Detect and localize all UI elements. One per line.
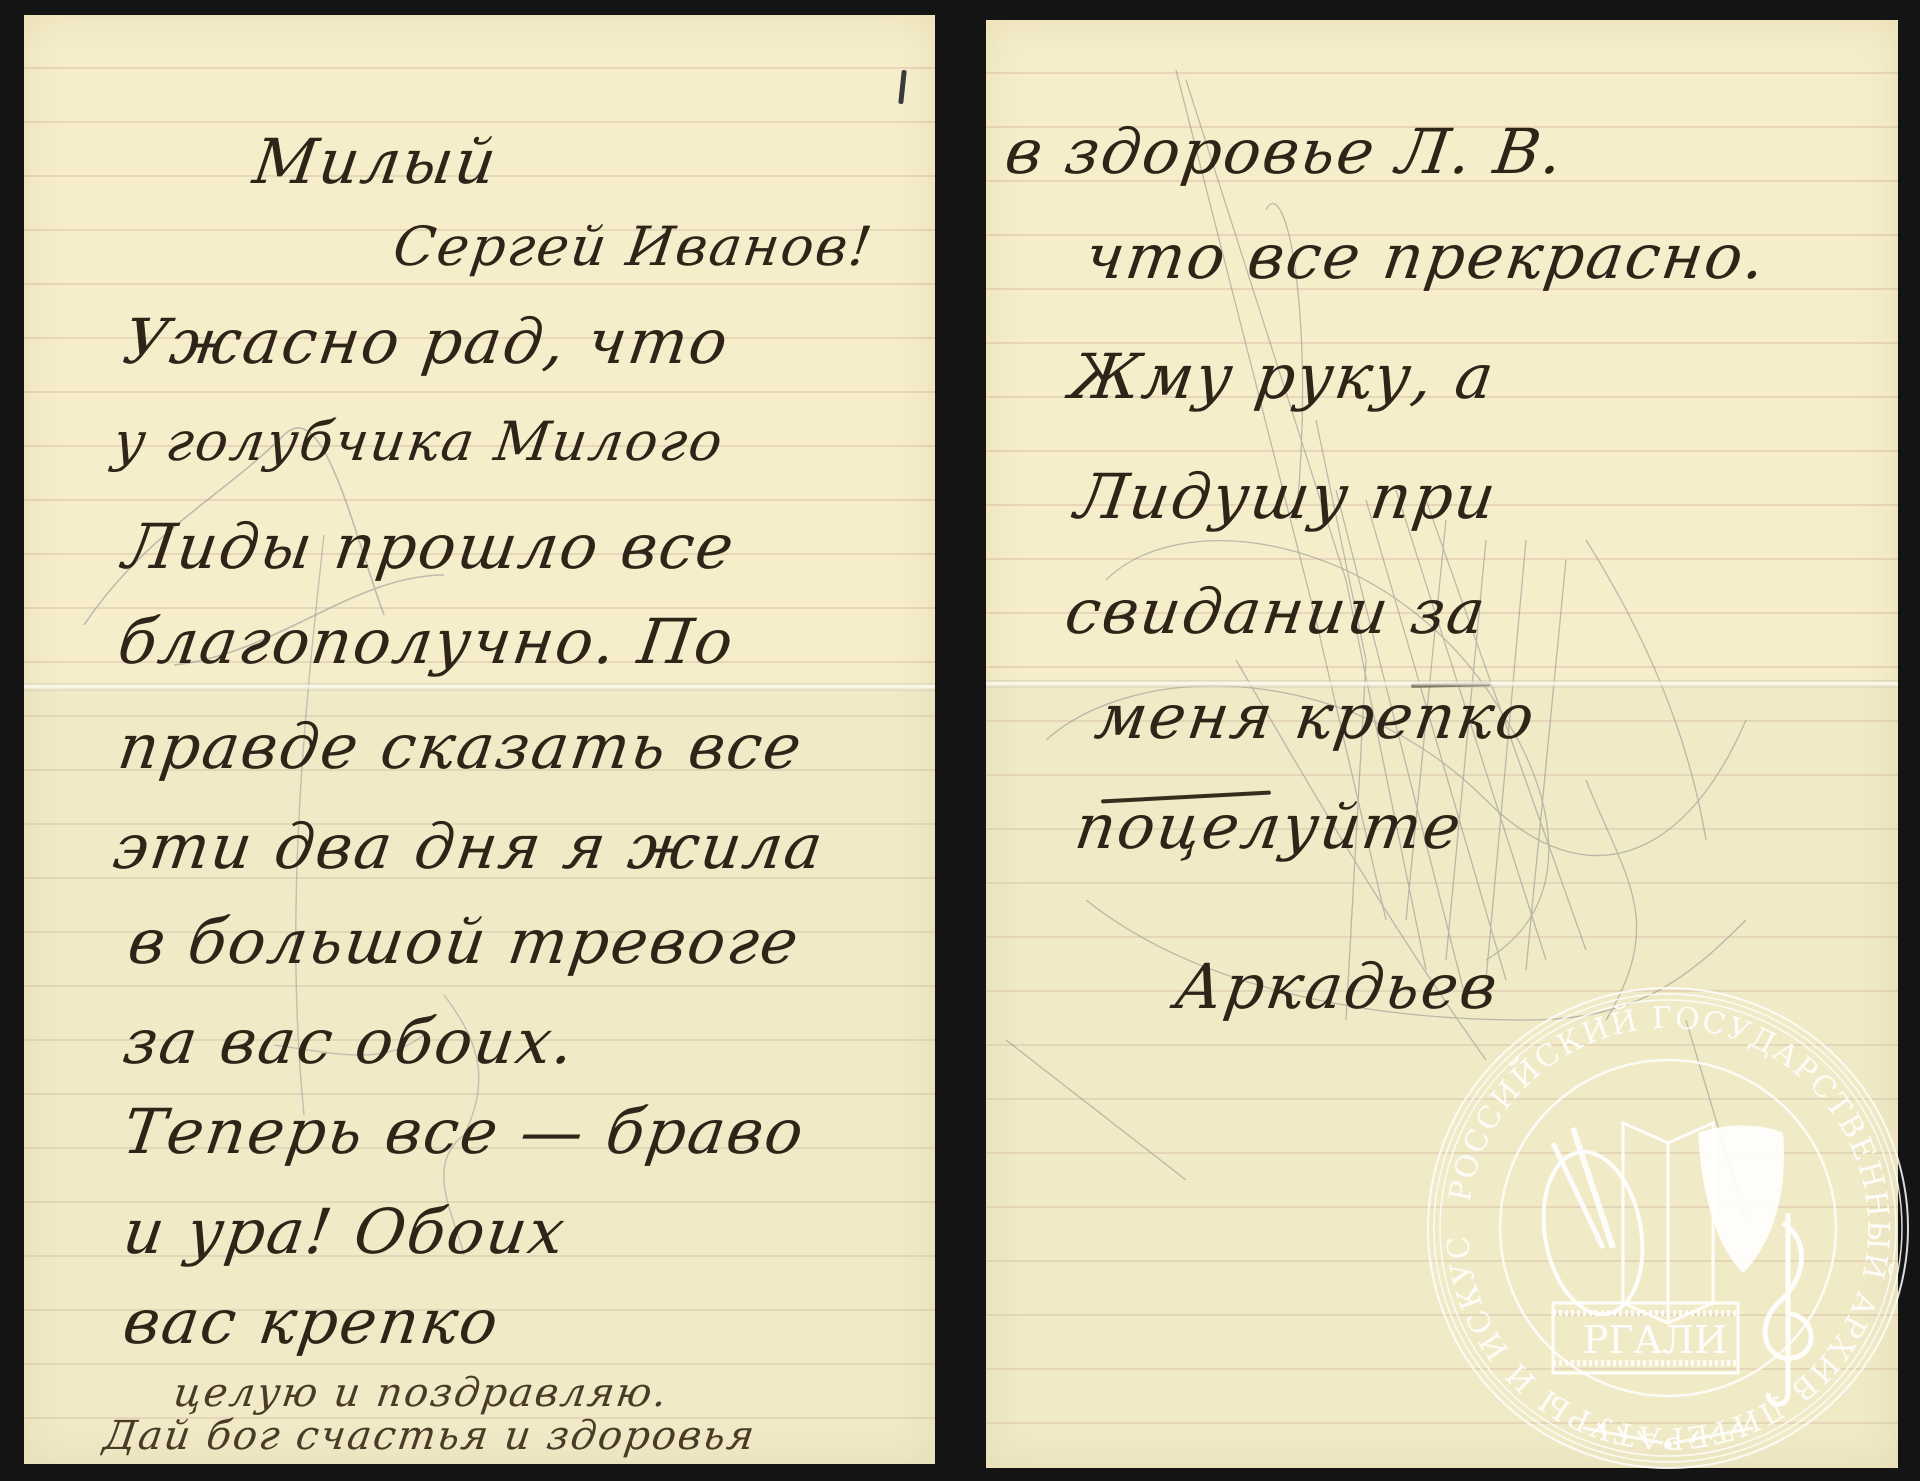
letter-line: за вас обоих. [119, 1005, 580, 1078]
page-number-mark [898, 70, 907, 104]
letter-line: целую и поздравляю. [171, 1370, 672, 1416]
letter-line: эти два дня я жила [109, 810, 829, 883]
letter-word: свидании за [1061, 575, 1491, 648]
letter-line: Милый [249, 125, 503, 198]
letter-line: свидании за [1061, 575, 1491, 648]
letter-line: вас крепко [119, 1285, 504, 1358]
underline-za [1411, 682, 1491, 687]
letter-line: и ура! Обоих [119, 1195, 571, 1268]
letter-line: Жму руку, а [1066, 340, 1500, 413]
letter-line: благополучно. По [114, 605, 739, 678]
letter-line: Ужасно рад, что [119, 305, 734, 378]
letter-line: в большой тревоге [124, 905, 805, 978]
letter-line: Лидушу при [1071, 460, 1502, 533]
letter-line: правде сказать все [114, 710, 808, 783]
letter-line: Дай бог счастья и здоровья [101, 1413, 759, 1459]
letter-page-right: в здоровье Л. В. что все прекрасно. Жму … [986, 20, 1898, 1468]
letter-page-left: Милый Сергей Иванов! Ужасно рад, что у г… [24, 15, 935, 1464]
letter-line: что все прекрасно. [1081, 220, 1771, 293]
letter-line: Лиды прошло все [119, 510, 740, 583]
letter-line: меня крепко [1091, 680, 1541, 753]
letter-line: в здоровье Л. В. [1001, 115, 1569, 188]
signature: Аркадьев [1171, 950, 1504, 1023]
letter-line: Теперь все — браво [119, 1095, 810, 1168]
letter-line: у голубчика Милого [110, 410, 729, 473]
letter-line: Сергей Иванов! [390, 215, 878, 278]
